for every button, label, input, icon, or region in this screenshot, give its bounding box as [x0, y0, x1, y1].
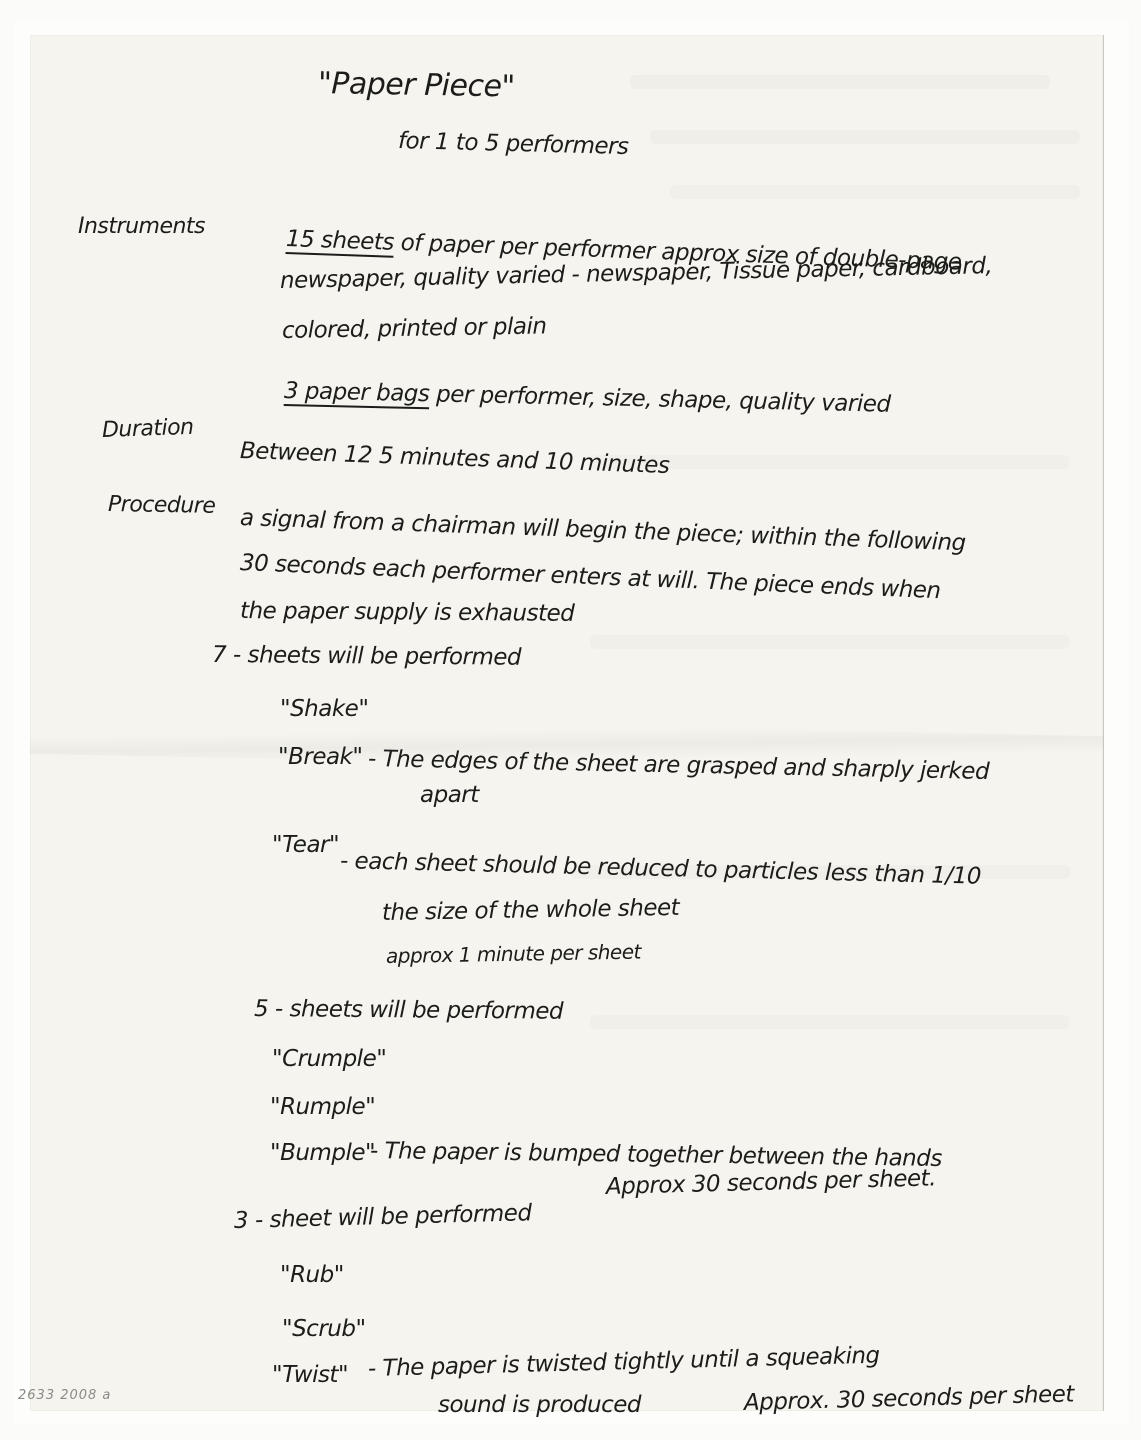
action-scrub: "Scrub" [282, 1316, 366, 1342]
action-tear: "Tear" [272, 832, 339, 858]
action-twist-continuation: sound is produced [438, 1392, 641, 1418]
document-title: "Paper Piece" [318, 66, 515, 104]
catalog-number: 2633 2008 a [18, 1388, 111, 1403]
action-rumple: "Rumple" [270, 1094, 375, 1120]
show-through-texture [630, 75, 1050, 89]
procedure-label: Procedure [108, 492, 216, 519]
action-break: "Break" [278, 744, 362, 770]
group-7-heading: 7 - sheets will be performed [212, 642, 521, 671]
procedure-line-3: the paper supply is exhausted [240, 598, 575, 627]
show-through-texture [590, 1015, 1070, 1029]
instruments-label: Instruments [78, 214, 205, 239]
action-break-continuation: apart [420, 782, 479, 808]
paper-bags-underlined: 3 paper bags [284, 378, 430, 407]
sheet-count-underlined: 15 sheets [286, 226, 395, 256]
action-crumple: "Crumple" [272, 1046, 386, 1072]
action-shake: "Shake" [280, 696, 368, 722]
group-5-heading: 5 - sheets will be performed [254, 996, 563, 1025]
show-through-texture [670, 185, 1080, 199]
duration-label: Duration [102, 415, 194, 443]
instruments-line-3: colored, printed or plain [282, 313, 547, 344]
show-through-texture [650, 130, 1080, 144]
show-through-texture [590, 635, 1070, 649]
action-bumple: "Bumple" [270, 1140, 375, 1166]
action-tear-continuation: the size of the whole sheet [382, 895, 680, 926]
action-tear-note: approx 1 minute per sheet [386, 940, 641, 968]
action-rub: "Rub" [280, 1262, 344, 1288]
action-twist: "Twist" [272, 1362, 348, 1388]
